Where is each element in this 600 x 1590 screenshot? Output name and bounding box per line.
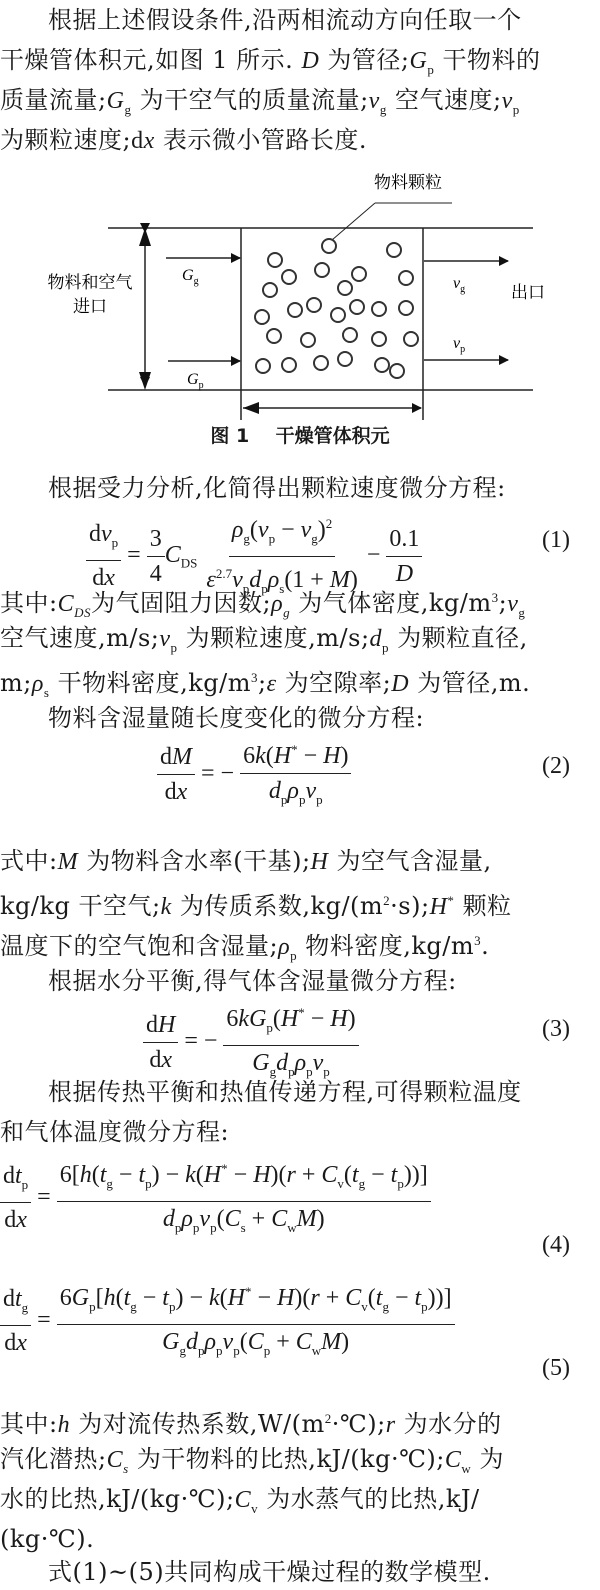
para-moisture: 物料含湿量随长度变化的微分方程: bbox=[48, 700, 600, 736]
para-water: 根据水分平衡,得气体含湿量微分方程: bbox=[48, 963, 600, 999]
where3-line-2: 汽化潜热;Cs 为干物料的比热,kJ/(kg·℃);Cw 为 bbox=[0, 1441, 580, 1487]
where3-line-4: (kg·℃). bbox=[0, 1521, 580, 1557]
label-Gg: Gg bbox=[182, 267, 199, 287]
equation-4: dtpdx = 6[h(tg − tp) − k(H* − H)(r + Cv(… bbox=[0, 1152, 600, 1245]
intro-line-2: 干燥管体积元,如图 1 所示. D 为管径;Gp 干物料的 bbox=[0, 42, 580, 88]
where3-line-3: 水的比热,kJ/(kg·℃);Cv 为水蒸气的比热,kJ/ bbox=[0, 1481, 580, 1527]
label-inlet-1: 物料和空气 bbox=[48, 273, 133, 293]
label-particles: 物料颗粒 bbox=[374, 173, 442, 193]
para-force: 根据受力分析,化简得出颗粒速度微分方程: bbox=[48, 470, 600, 506]
label-vg: vg bbox=[453, 275, 465, 295]
intro-line-1: 根据上述假设条件,沿两相流动方向任取一个 bbox=[48, 2, 600, 38]
where1-line-2: 空气速度,m/s;vp 为颗粒速度,m/s;dp 为颗粒直径, bbox=[0, 620, 580, 666]
eq5-number: (5) bbox=[542, 1355, 570, 1382]
para-summary: 式(1)~(5)共同构成干燥过程的数学模型. bbox=[48, 1554, 600, 1590]
where2-line-1: 式中:M 为物料含水率(干基);H 为空气含湿量, bbox=[0, 843, 580, 880]
figure-drying-tube-element: 物料颗粒 物料和空气 进口 出口 Gg Gp vg vp dx bbox=[0, 160, 600, 420]
eq2-number: (2) bbox=[542, 753, 570, 780]
label-vp: vp bbox=[453, 335, 465, 355]
label-outlet: 出口 bbox=[511, 283, 545, 303]
para-heat-1: 根据传热平衡和热值传递方程,可得颗粒温度 bbox=[48, 1074, 600, 1110]
intro-line-3: 质量流量;Gg 为干空气的质量流量;vg 空气速度;vp bbox=[0, 82, 580, 128]
eq3-number: (3) bbox=[542, 1016, 570, 1043]
equation-2: dMdx = − 6k(H* − H)dpρpvp bbox=[157, 733, 600, 817]
particles bbox=[255, 239, 418, 378]
label-inlet-2: 进口 bbox=[73, 297, 107, 317]
where2-line-2: kg/kg 干空气;k 为传质系数,kg/(m2·s);H* 颗粒 bbox=[0, 883, 580, 925]
label-Gp: Gp bbox=[187, 371, 204, 391]
equation-5: dtgdx = 6Gp[h(tg − tp) − k(H* − H)(r + C… bbox=[0, 1275, 600, 1368]
diagram: 物料颗粒 物料和空气 进口 出口 Gg Gp vg vp dx bbox=[0, 160, 600, 420]
figure-caption: 图 1 干燥管体积元 bbox=[0, 421, 600, 448]
eq1-number: (1) bbox=[542, 527, 570, 554]
where3-line-1: 其中:h 为对流传热系数,W/(m2·℃);r 为水分的 bbox=[0, 1401, 580, 1443]
eq4-number: (4) bbox=[542, 1232, 570, 1259]
intro-line-4: 为颗粒速度;dx 表示微小管路长度. bbox=[0, 122, 580, 159]
para-heat-2: 和气体温度微分方程: bbox=[0, 1114, 580, 1150]
